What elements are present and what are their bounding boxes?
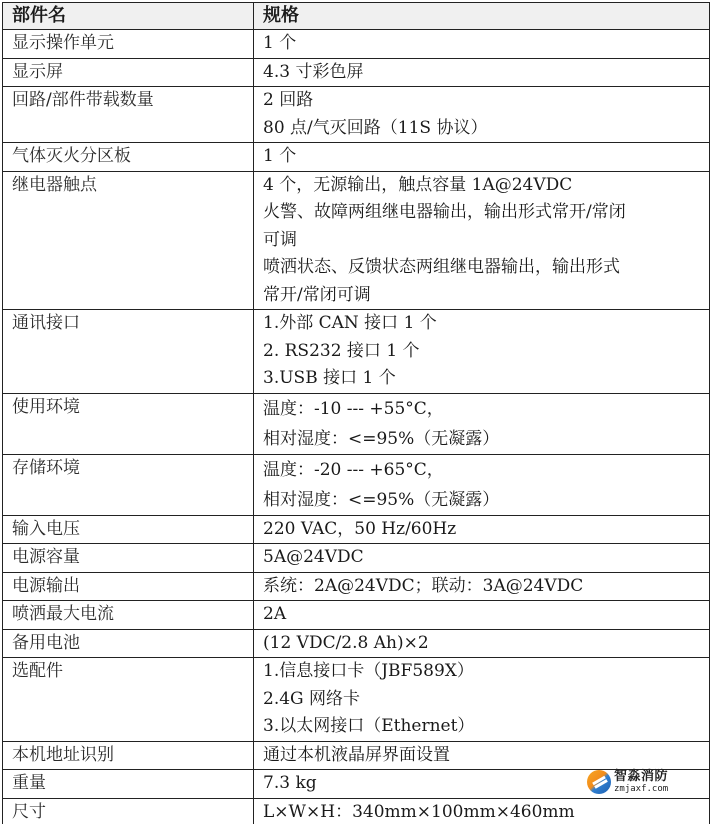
spec-line: 系统：2A@24VDC；联动：3A@24VDC — [263, 573, 709, 601]
part-name-cell: 输入电压 — [3, 515, 254, 544]
spec-line: 2. RS232 接口 1 个 — [263, 338, 709, 366]
table-row: 回路/部件带载数量 2 回路 80 点/气灭回路（11S 协议） — [3, 87, 710, 143]
spec-line: 相对湿度：<=95%（无凝露） — [263, 424, 709, 454]
spec-line: 2 回路 — [263, 87, 709, 115]
spec-line: 2.4G 网络卡 — [263, 686, 709, 714]
table-row: 输入电压 220 VAC，50 Hz/60Hz — [3, 515, 710, 544]
spec-cell: 温度：-10 --- +55°C， 相对湿度：<=95%（无凝露） — [254, 393, 710, 454]
spec-cell: 1.外部 CAN 接口 1 个 2. RS232 接口 1 个 3.USB 接口… — [254, 310, 710, 394]
part-name-cell: 尺寸 — [3, 798, 254, 824]
table-row: 显示屏 4.3 寸彩色屏 — [3, 58, 710, 87]
spec-cell: 1 个 — [254, 30, 710, 59]
spec-cell: L×W×H：340mm×100mm×460mm — [254, 798, 710, 824]
spec-cell: 4 个，无源输出，触点容量 1A@24VDC 火警、故障两组继电器输出，输出形式… — [254, 171, 710, 310]
spec-cell: 1 个 — [254, 143, 710, 172]
spec-line: 相对湿度：<=95%（无凝露） — [263, 485, 709, 515]
watermark: 智淼消防 zmjaxf.com — [587, 765, 705, 799]
spec-line: 火警、故障两组继电器输出，输出形式常开/常闭 — [263, 199, 709, 227]
table-body: 显示操作单元 1 个 显示屏 4.3 寸彩色屏 回路/部件带载数量 2 回路 8… — [3, 30, 710, 824]
spec-table: 部件名 规格 显示操作单元 1 个 显示屏 4.3 寸彩色屏 回路/部件带载数量… — [2, 2, 710, 824]
spec-cell: 温度：-20 --- +65°C， 相对湿度：<=95%（无凝露） — [254, 454, 710, 515]
table-row: 显示操作单元 1 个 — [3, 30, 710, 59]
part-name-cell: 通讯接口 — [3, 310, 254, 394]
part-name-cell: 气体灭火分区板 — [3, 143, 254, 172]
spec-line: 3.以太网接口（Ethernet） — [263, 713, 709, 741]
spec-line: 1 个 — [263, 30, 709, 58]
table-row: 电源输出 系统：2A@24VDC；联动：3A@24VDC — [3, 572, 710, 601]
table-row: 尺寸 L×W×H：340mm×100mm×460mm — [3, 798, 710, 824]
spec-line: 温度：-20 --- +65°C， — [263, 455, 709, 485]
table-row: 存储环境 温度：-20 --- +65°C， 相对湿度：<=95%（无凝露） — [3, 454, 710, 515]
part-name-cell: 本机地址识别 — [3, 741, 254, 770]
part-name-cell: 重量 — [3, 770, 254, 799]
spec-line: 常开/常闭可调 — [263, 282, 709, 310]
spec-line: 1.外部 CAN 接口 1 个 — [263, 310, 709, 338]
spec-cell: 2 回路 80 点/气灭回路（11S 协议） — [254, 87, 710, 143]
table-row: 气体灭火分区板 1 个 — [3, 143, 710, 172]
watermark-text: 智淼消防 zmjaxf.com — [614, 770, 668, 794]
part-name-cell: 喷洒最大电流 — [3, 601, 254, 630]
table-header-row: 部件名 规格 — [3, 3, 710, 30]
table-row: 使用环境 温度：-10 --- +55°C， 相对湿度：<=95%（无凝露） — [3, 393, 710, 454]
spec-cell: 系统：2A@24VDC；联动：3A@24VDC — [254, 572, 710, 601]
spec-line: 1 个 — [263, 143, 709, 171]
column-header-name: 部件名 — [3, 3, 254, 30]
spec-line: 220 VAC，50 Hz/60Hz — [263, 516, 709, 544]
part-name-cell: 选配件 — [3, 658, 254, 742]
spec-cell: (12 VDC/2.8 Ah)×2 — [254, 629, 710, 658]
table-row: 通讯接口 1.外部 CAN 接口 1 个 2. RS232 接口 1 个 3.U… — [3, 310, 710, 394]
spec-cell: 220 VAC，50 Hz/60Hz — [254, 515, 710, 544]
spec-line: 4.3 寸彩色屏 — [263, 59, 709, 87]
spec-line: 5A@24VDC — [263, 544, 709, 572]
part-name-cell: 回路/部件带载数量 — [3, 87, 254, 143]
part-name-cell: 显示操作单元 — [3, 30, 254, 59]
spec-line: 80 点/气灭回路（11S 协议） — [263, 115, 709, 143]
table-row: 备用电池 (12 VDC/2.8 Ah)×2 — [3, 629, 710, 658]
table-row: 继电器触点 4 个，无源输出，触点容量 1A@24VDC 火警、故障两组继电器输… — [3, 171, 710, 310]
spec-cell: 1.信息接口卡（JBF589X） 2.4G 网络卡 3.以太网接口（Ethern… — [254, 658, 710, 742]
table-row: 选配件 1.信息接口卡（JBF589X） 2.4G 网络卡 3.以太网接口（Et… — [3, 658, 710, 742]
spec-line: 3.USB 接口 1 个 — [263, 365, 709, 393]
watermark-url: zmjaxf.com — [614, 785, 668, 794]
spec-cell: 5A@24VDC — [254, 544, 710, 573]
spec-line: 温度：-10 --- +55°C， — [263, 394, 709, 424]
part-name-cell: 使用环境 — [3, 393, 254, 454]
spec-line: L×W×H：340mm×100mm×460mm — [263, 799, 709, 824]
spec-line: 4 个，无源输出，触点容量 1A@24VDC — [263, 172, 709, 200]
spec-line: 2A — [263, 601, 709, 629]
part-name-cell: 继电器触点 — [3, 171, 254, 310]
zm-logo-icon — [587, 770, 611, 794]
table-row: 电源容量 5A@24VDC — [3, 544, 710, 573]
part-name-cell: 存储环境 — [3, 454, 254, 515]
spec-line: 可调 — [263, 227, 709, 255]
part-name-cell: 显示屏 — [3, 58, 254, 87]
spec-cell: 4.3 寸彩色屏 — [254, 58, 710, 87]
table-row: 喷洒最大电流 2A — [3, 601, 710, 630]
spec-line: 喷洒状态、反馈状态两组继电器输出，输出形式 — [263, 254, 709, 282]
column-header-spec: 规格 — [254, 3, 710, 30]
part-name-cell: 电源输出 — [3, 572, 254, 601]
spec-line: 1.信息接口卡（JBF589X） — [263, 658, 709, 686]
part-name-cell: 备用电池 — [3, 629, 254, 658]
spec-cell: 2A — [254, 601, 710, 630]
watermark-brand: 智淼消防 — [614, 770, 668, 783]
part-name-cell: 电源容量 — [3, 544, 254, 573]
spec-line: (12 VDC/2.8 Ah)×2 — [263, 630, 709, 658]
